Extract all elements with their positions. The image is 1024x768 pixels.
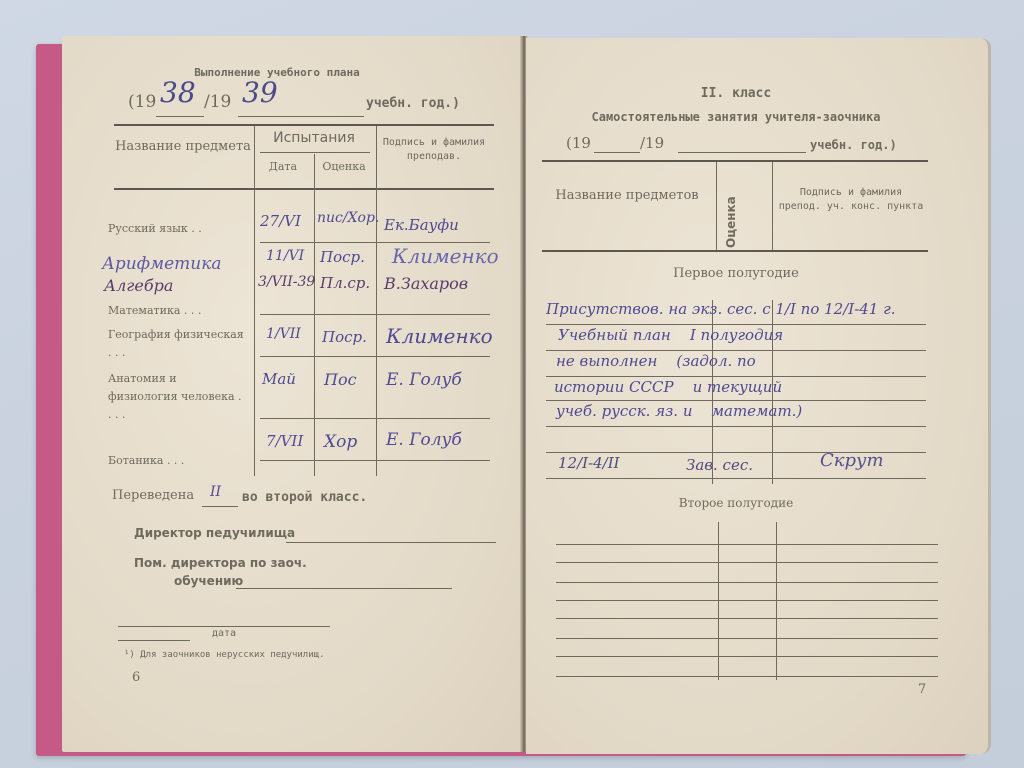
class-title: II. класс	[526, 86, 946, 101]
year-end-hand: 39	[242, 76, 278, 109]
first-half-title: Первое полугодие	[526, 266, 946, 281]
header-subject: Название предметов	[542, 184, 712, 208]
year-prefix: (19	[128, 92, 156, 112]
session-dates: 12/I-4/II	[558, 454, 620, 472]
row-signature: Ек.Бауфи	[384, 216, 459, 234]
year-mid: /19	[640, 134, 664, 152]
row-grade: Пос	[324, 370, 357, 389]
row-grade: Поср.	[322, 328, 367, 346]
row-signature: Е. Голуб	[386, 370, 462, 390]
header-signature: Подпись и фамилия препод. уч. конс. пунк…	[776, 186, 926, 214]
page-number: 7	[918, 682, 926, 697]
row-subject-hand: Арифметика	[102, 254, 222, 274]
row-signature: Е. Голуб	[386, 430, 462, 450]
row-subject: Ботаника . . .	[108, 454, 184, 467]
session-signature: Скрут	[820, 450, 884, 471]
row-subject: Анатомия и физиология человека . . . .	[108, 370, 248, 424]
row-grade: пис/Хор.	[317, 210, 379, 226]
footnote: ¹) Для заочников нерусских педучилищ.	[124, 650, 324, 660]
first-half-note: не выполнен (задол. по	[556, 352, 756, 370]
row-grade: Пл.ср.	[320, 274, 370, 292]
row-signature: Клименко	[392, 244, 499, 268]
row-date: 11/VI	[266, 248, 304, 264]
director-label: Директор педучилища	[134, 526, 295, 540]
assistant-label-2: обучению	[174, 574, 243, 588]
second-half-title: Второе полугодие	[526, 496, 946, 510]
row-date: 3/VII-39	[258, 274, 315, 290]
transfer-suffix: во второй класс.	[242, 490, 367, 505]
row-date: 27/VI	[260, 212, 301, 230]
first-half-note: Учебный план I полугодия	[558, 326, 783, 344]
date-label: дата	[212, 628, 236, 639]
page-number: 6	[132, 670, 140, 685]
right-page: II. класс Самостоятельные занятия учител…	[526, 38, 991, 754]
row-grade: Поср.	[320, 248, 365, 266]
year-mid: /19	[204, 92, 231, 112]
row-date: 1/VII	[266, 326, 301, 342]
first-half-note: истории СССР и текущий	[554, 378, 782, 396]
year-prefix: (19	[566, 134, 591, 152]
row-subject: Математика . . .	[108, 304, 201, 317]
row-subject-hand: Алгебра	[104, 276, 173, 295]
first-half-note: Присутствов. на экз. сес. с 1/I по 12/I-…	[546, 300, 895, 318]
year-suffix: учебн. год.)	[810, 138, 897, 152]
year-start-hand: 38	[160, 76, 196, 109]
year-suffix: учебн. год.)	[366, 96, 460, 111]
session-label: Зав. сес.	[686, 456, 753, 474]
row-date: Май	[262, 370, 296, 388]
row-grade: Хор	[324, 432, 357, 452]
row-signature: В.Захаров	[384, 274, 468, 293]
transfer-class-hand: II	[210, 484, 221, 500]
header-subject: Название предмета	[114, 138, 252, 155]
left-page: Выполнение учебного плана (19 38 /19 39 …	[62, 36, 524, 752]
header-signature: Подпись и фамилия преподав.	[378, 136, 490, 164]
right-subtitle: Самостоятельные занятия учителя-заочника	[526, 110, 946, 124]
row-subject: География физическая . . .	[108, 326, 248, 362]
assistant-label-1: Пом. директора по заоч.	[134, 556, 307, 570]
first-half-note: учеб. русск. яз. и математ.)	[556, 402, 802, 420]
header-grade: Оценка	[314, 160, 374, 173]
header-date: Дата	[254, 160, 312, 173]
transfer-prefix: Переведена	[112, 488, 194, 503]
row-date: 7/VII	[266, 432, 303, 450]
header-grade: Оценка	[724, 178, 738, 248]
row-signature: Клименко	[386, 324, 493, 348]
row-subject: Русский язык . .	[108, 222, 202, 235]
header-tests: Испытания	[254, 130, 374, 146]
